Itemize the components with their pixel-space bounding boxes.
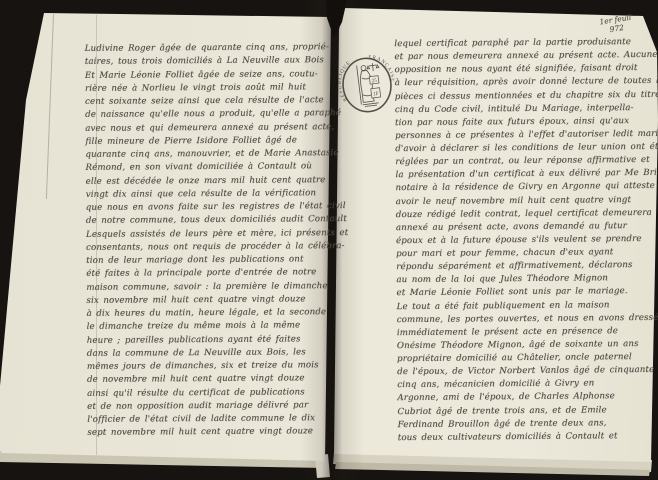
stamp-value-bottom: 1F — [373, 91, 379, 98]
handwritten-line: avec nous et qui demeurera annexé au pré… — [85, 121, 325, 136]
handwritten-line: Rémond, en son vivant domiciliée à Conta… — [85, 160, 325, 175]
handwritten-line: de novembre mil huit cent quatre vingt d… — [87, 372, 327, 387]
handwritten-line: taires, tous trois domiciliés à La Neuvi… — [85, 54, 325, 69]
handwritten-line: heure ; pareilles publications ayant été… — [87, 333, 327, 348]
handwritten-line: Et Marie Léonie Folliet âgée de seize an… — [85, 68, 325, 83]
handwritten-line: et Marie Léonie Folliet sont unis par le… — [396, 285, 648, 300]
scanned-register-photo: Ludivine Roger âgée de quarante cinq ans… — [0, 0, 658, 480]
handwritten-line: ainsi qu'il résulte du certificat de pub… — [87, 386, 327, 401]
handwritten-line: elle est décédée le onze mars mil huit c… — [86, 174, 326, 189]
right-page-text: lequel certificat paraphé par la partie … — [394, 36, 650, 445]
handwritten-line: sept novembre mil huit cent quatre vingt… — [87, 425, 327, 440]
handwritten-line: Lesquels assistés de leurs père et mère,… — [86, 227, 326, 242]
handwritten-line: de l'époux, de Victor Norbert Vanlos âgé… — [397, 364, 649, 379]
stamp-figure — [357, 62, 384, 106]
handwritten-line: été faites à la principale porte d'entré… — [86, 266, 326, 281]
handwritten-line: tous deux cultivateurs domiciliés à Cont… — [398, 430, 650, 445]
handwritten-line: de naissance qu'elle nous a produit, qu'… — [85, 107, 325, 122]
handwritten-line: de notre commune, tous deux domiciliés a… — [86, 213, 326, 228]
handwritten-line: Argonne, ami de l'époux, de Charles Alph… — [397, 390, 649, 405]
republique-francaise-fiscal-stamp-icon: RÉPUBLIQUE FRANÇAISE 25 — [336, 52, 399, 118]
handwritten-line: répondu séparément et affirmativement, d… — [396, 259, 648, 274]
handwritten-line: maison commune, savoir : la première le … — [86, 280, 326, 295]
handwritten-line: le dimanche treize du même mois à la mêm… — [87, 319, 327, 334]
left-page-text: Ludivine Roger âgée de quarante cinq ans… — [85, 41, 328, 440]
